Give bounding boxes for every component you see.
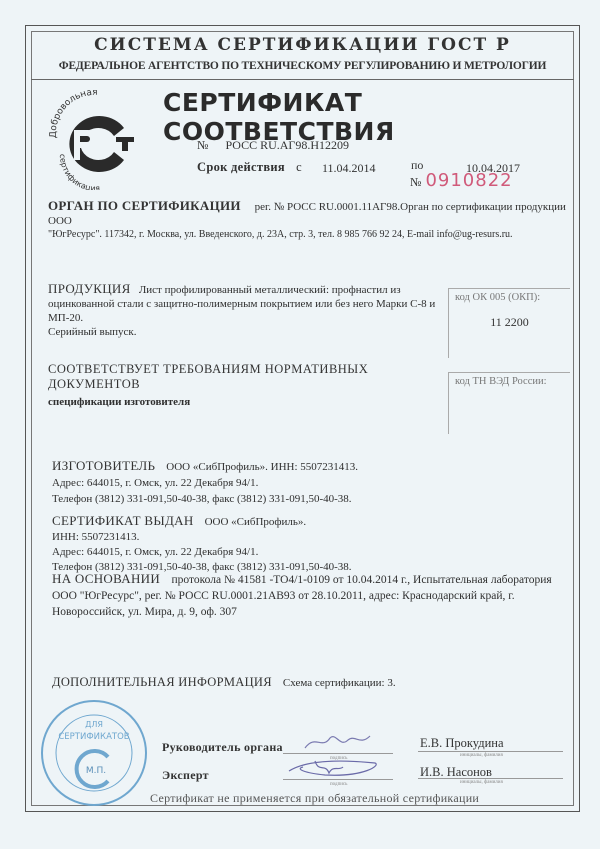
tnved-code-label: код ТН ВЭД России: bbox=[449, 373, 570, 387]
basis-line3: Новороссийск, ул. Мира, д. 9, оф. 307 bbox=[52, 605, 572, 619]
stamp-line1: ДЛЯ bbox=[85, 720, 103, 729]
basis-line1: протокола № 41581 -ТО4/1-0109 от 10.04.2… bbox=[172, 574, 552, 586]
product-line4: Серийный выпуск. bbox=[48, 325, 448, 339]
issued-to-section: СЕРТИФИКАТ ВЫДАН ООО «СибПрофиль». ИНН: … bbox=[52, 514, 552, 574]
basis-line2: ООО "ЮгРесурс", рег. № РОСС RU.0001.21АВ… bbox=[52, 589, 572, 603]
manufacturer-line3: Телефон (3812) 331-091,50-40-38, факс (3… bbox=[52, 492, 552, 506]
head-of-body-label: Руководитель органа bbox=[162, 740, 283, 755]
head-name-caption: инициалы, фамилия bbox=[460, 753, 503, 758]
manufacturer-line1: ООО «СибПрофиль». ИНН: 5507231413. bbox=[166, 461, 358, 473]
certificate-number-row: № РОСС RU.АГ98.Н12209 bbox=[197, 138, 349, 153]
certification-body-line2: "ЮгРесурс". 117342, г. Москва, ул. Введе… bbox=[48, 228, 568, 242]
agency-title: ФЕДЕРАЛЬНОЕ АГЕНТСТВО ПО ТЕХНИЧЕСКОМУ РЕ… bbox=[31, 60, 574, 72]
expert-signature-caption: подпись bbox=[330, 782, 347, 787]
validity-label: Срок действия bbox=[197, 160, 285, 174]
head-name: Е.В. Прокудина bbox=[420, 736, 504, 751]
issued-to-line3: Адрес: 644015, г. Омск, ул. 22 Декабря 9… bbox=[52, 545, 552, 559]
validity-row: Срок действия с bbox=[197, 160, 302, 175]
okp-code-value: 11 2200 bbox=[449, 315, 570, 330]
stamp-seal-icon: ДЛЯ СЕРТИФИКАТОВ М.П. bbox=[38, 697, 150, 809]
basis-label: НА ОСНОВАНИИ bbox=[52, 571, 160, 586]
validity-from-label: с bbox=[296, 160, 302, 174]
blank-number-sign: № bbox=[410, 175, 421, 189]
product-label: ПРОДУКЦИЯ bbox=[48, 281, 131, 296]
blank-serial-number: 0910822 bbox=[425, 170, 512, 191]
additional-info-label: ДОПОЛНИТЕЛЬНАЯ ИНФОРМАЦИЯ bbox=[52, 675, 272, 689]
head-name-line bbox=[418, 751, 563, 752]
blank-number-row: №0910822 bbox=[410, 170, 513, 191]
valid-from-date: 11.04.2014 bbox=[322, 161, 376, 176]
issued-to-line2: ИНН: 5507231413. bbox=[52, 530, 552, 544]
expert-name-caption: инициалы, фамилия bbox=[460, 780, 503, 785]
certification-body-section: ОРГАН ПО СЕРТИФИКАЦИИ рег. № РОСС RU.000… bbox=[48, 199, 568, 242]
number-sign: № bbox=[197, 138, 208, 152]
tnved-code-box: код ТН ВЭД России: bbox=[448, 372, 570, 434]
manufacturer-label: ИЗГОТОВИТЕЛЬ bbox=[52, 458, 155, 473]
expert-name-line bbox=[418, 778, 563, 779]
head-signature-icon bbox=[300, 730, 380, 754]
additional-info-value: Схема сертификации: 3. bbox=[283, 677, 396, 689]
product-line1: Лист профилированный металлический: проф… bbox=[139, 284, 401, 296]
additional-info-section: ДОПОЛНИТЕЛЬНАЯ ИНФОРМАЦИЯ Схема сертифик… bbox=[52, 675, 552, 690]
conformity-value: спецификации изготовителя bbox=[48, 395, 448, 409]
certification-body-label: ОРГАН ПО СЕРТИФИКАЦИИ bbox=[48, 198, 241, 213]
basis-section: НА ОСНОВАНИИ протокола № 41581 -ТО4/1-01… bbox=[52, 572, 572, 619]
header-divider bbox=[31, 79, 574, 80]
okp-code-label: код ОК 005 (ОКП): bbox=[449, 289, 570, 303]
system-title: СИСТЕМА СЕРТИФИКАЦИИ ГОСТ Р bbox=[31, 35, 574, 55]
product-line3: МП-20. bbox=[48, 311, 448, 325]
conformity-section: СООТВЕТСТВУЕТ ТРЕБОВАНИЯМ НОРМАТИВНЫХ ДО… bbox=[48, 362, 448, 409]
expert-label: Эксперт bbox=[162, 768, 209, 783]
footer-notice: Сертификат не применяется при обязательн… bbox=[150, 791, 479, 806]
issued-to-line1: ООО «СибПрофиль». bbox=[205, 516, 307, 528]
stamp-line2: СЕРТИФИКАТОВ bbox=[58, 732, 129, 742]
product-section: ПРОДУКЦИЯ Лист профилированный металличе… bbox=[48, 282, 448, 339]
product-line2: оцинкованной стали с защитно-полимерным … bbox=[48, 297, 448, 311]
okp-code-box: код ОК 005 (ОКП): 11 2200 bbox=[448, 288, 570, 358]
rst-voluntary-certification-logo-icon: Добровольная сертификация bbox=[38, 90, 148, 190]
expert-signature-icon bbox=[285, 755, 385, 781]
stamp-mark: М.П. bbox=[86, 766, 106, 776]
manufacturer-section: ИЗГОТОВИТЕЛЬ ООО «СибПрофиль». ИНН: 5507… bbox=[52, 459, 552, 506]
manufacturer-line2: Адрес: 644015, г. Омск, ул. 22 Декабря 9… bbox=[52, 476, 552, 490]
conformity-label: СООТВЕТСТВУЕТ ТРЕБОВАНИЯМ НОРМАТИВНЫХ ДО… bbox=[48, 362, 448, 392]
issued-to-label: СЕРТИФИКАТ ВЫДАН bbox=[52, 513, 194, 528]
certificate-number: РОСС RU.АГ98.Н12209 bbox=[225, 138, 349, 152]
